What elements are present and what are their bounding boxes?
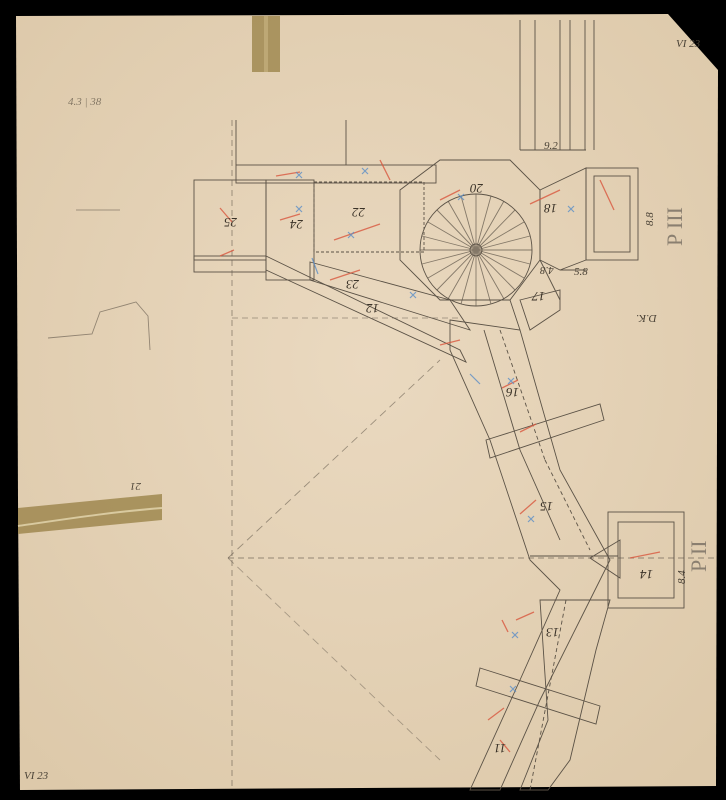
segment-14: 14: [640, 566, 653, 582]
dim-right-offset: 5.8: [574, 266, 588, 278]
segment-24: 24: [290, 216, 303, 232]
segment-17: 17: [532, 288, 545, 304]
segment-11: 11: [494, 740, 506, 756]
paper: [16, 14, 718, 790]
segment-25: 25: [224, 214, 237, 230]
margin-note: D.K.: [636, 312, 657, 324]
dim-stair-width: 4.8: [540, 264, 554, 276]
segment-12: 12: [366, 300, 379, 316]
margin-calc: 4.3 | 38: [68, 96, 101, 108]
dim-pier-lower: 8.4: [676, 570, 688, 584]
dim-top-gap: 9.2: [544, 140, 558, 152]
pier-label-upper: P III: [662, 207, 688, 246]
pier-label-lower: P II: [686, 540, 712, 572]
segment-15: 15: [540, 498, 553, 514]
segment-20: 20: [470, 180, 483, 196]
segment-22: 22: [352, 204, 365, 220]
tape-note: 21: [130, 480, 141, 492]
segment-16: 16: [506, 384, 519, 400]
segment-13: 13: [546, 624, 559, 640]
sheet-label-top-right: VI 23: [676, 38, 700, 50]
segment-23: 23: [346, 276, 359, 292]
segment-18: 18: [544, 200, 557, 216]
drawing-sheet: [0, 0, 726, 800]
sheet-label-bottom-left: VI 23: [24, 770, 48, 782]
dim-pier-upper: 8.8: [644, 212, 656, 226]
